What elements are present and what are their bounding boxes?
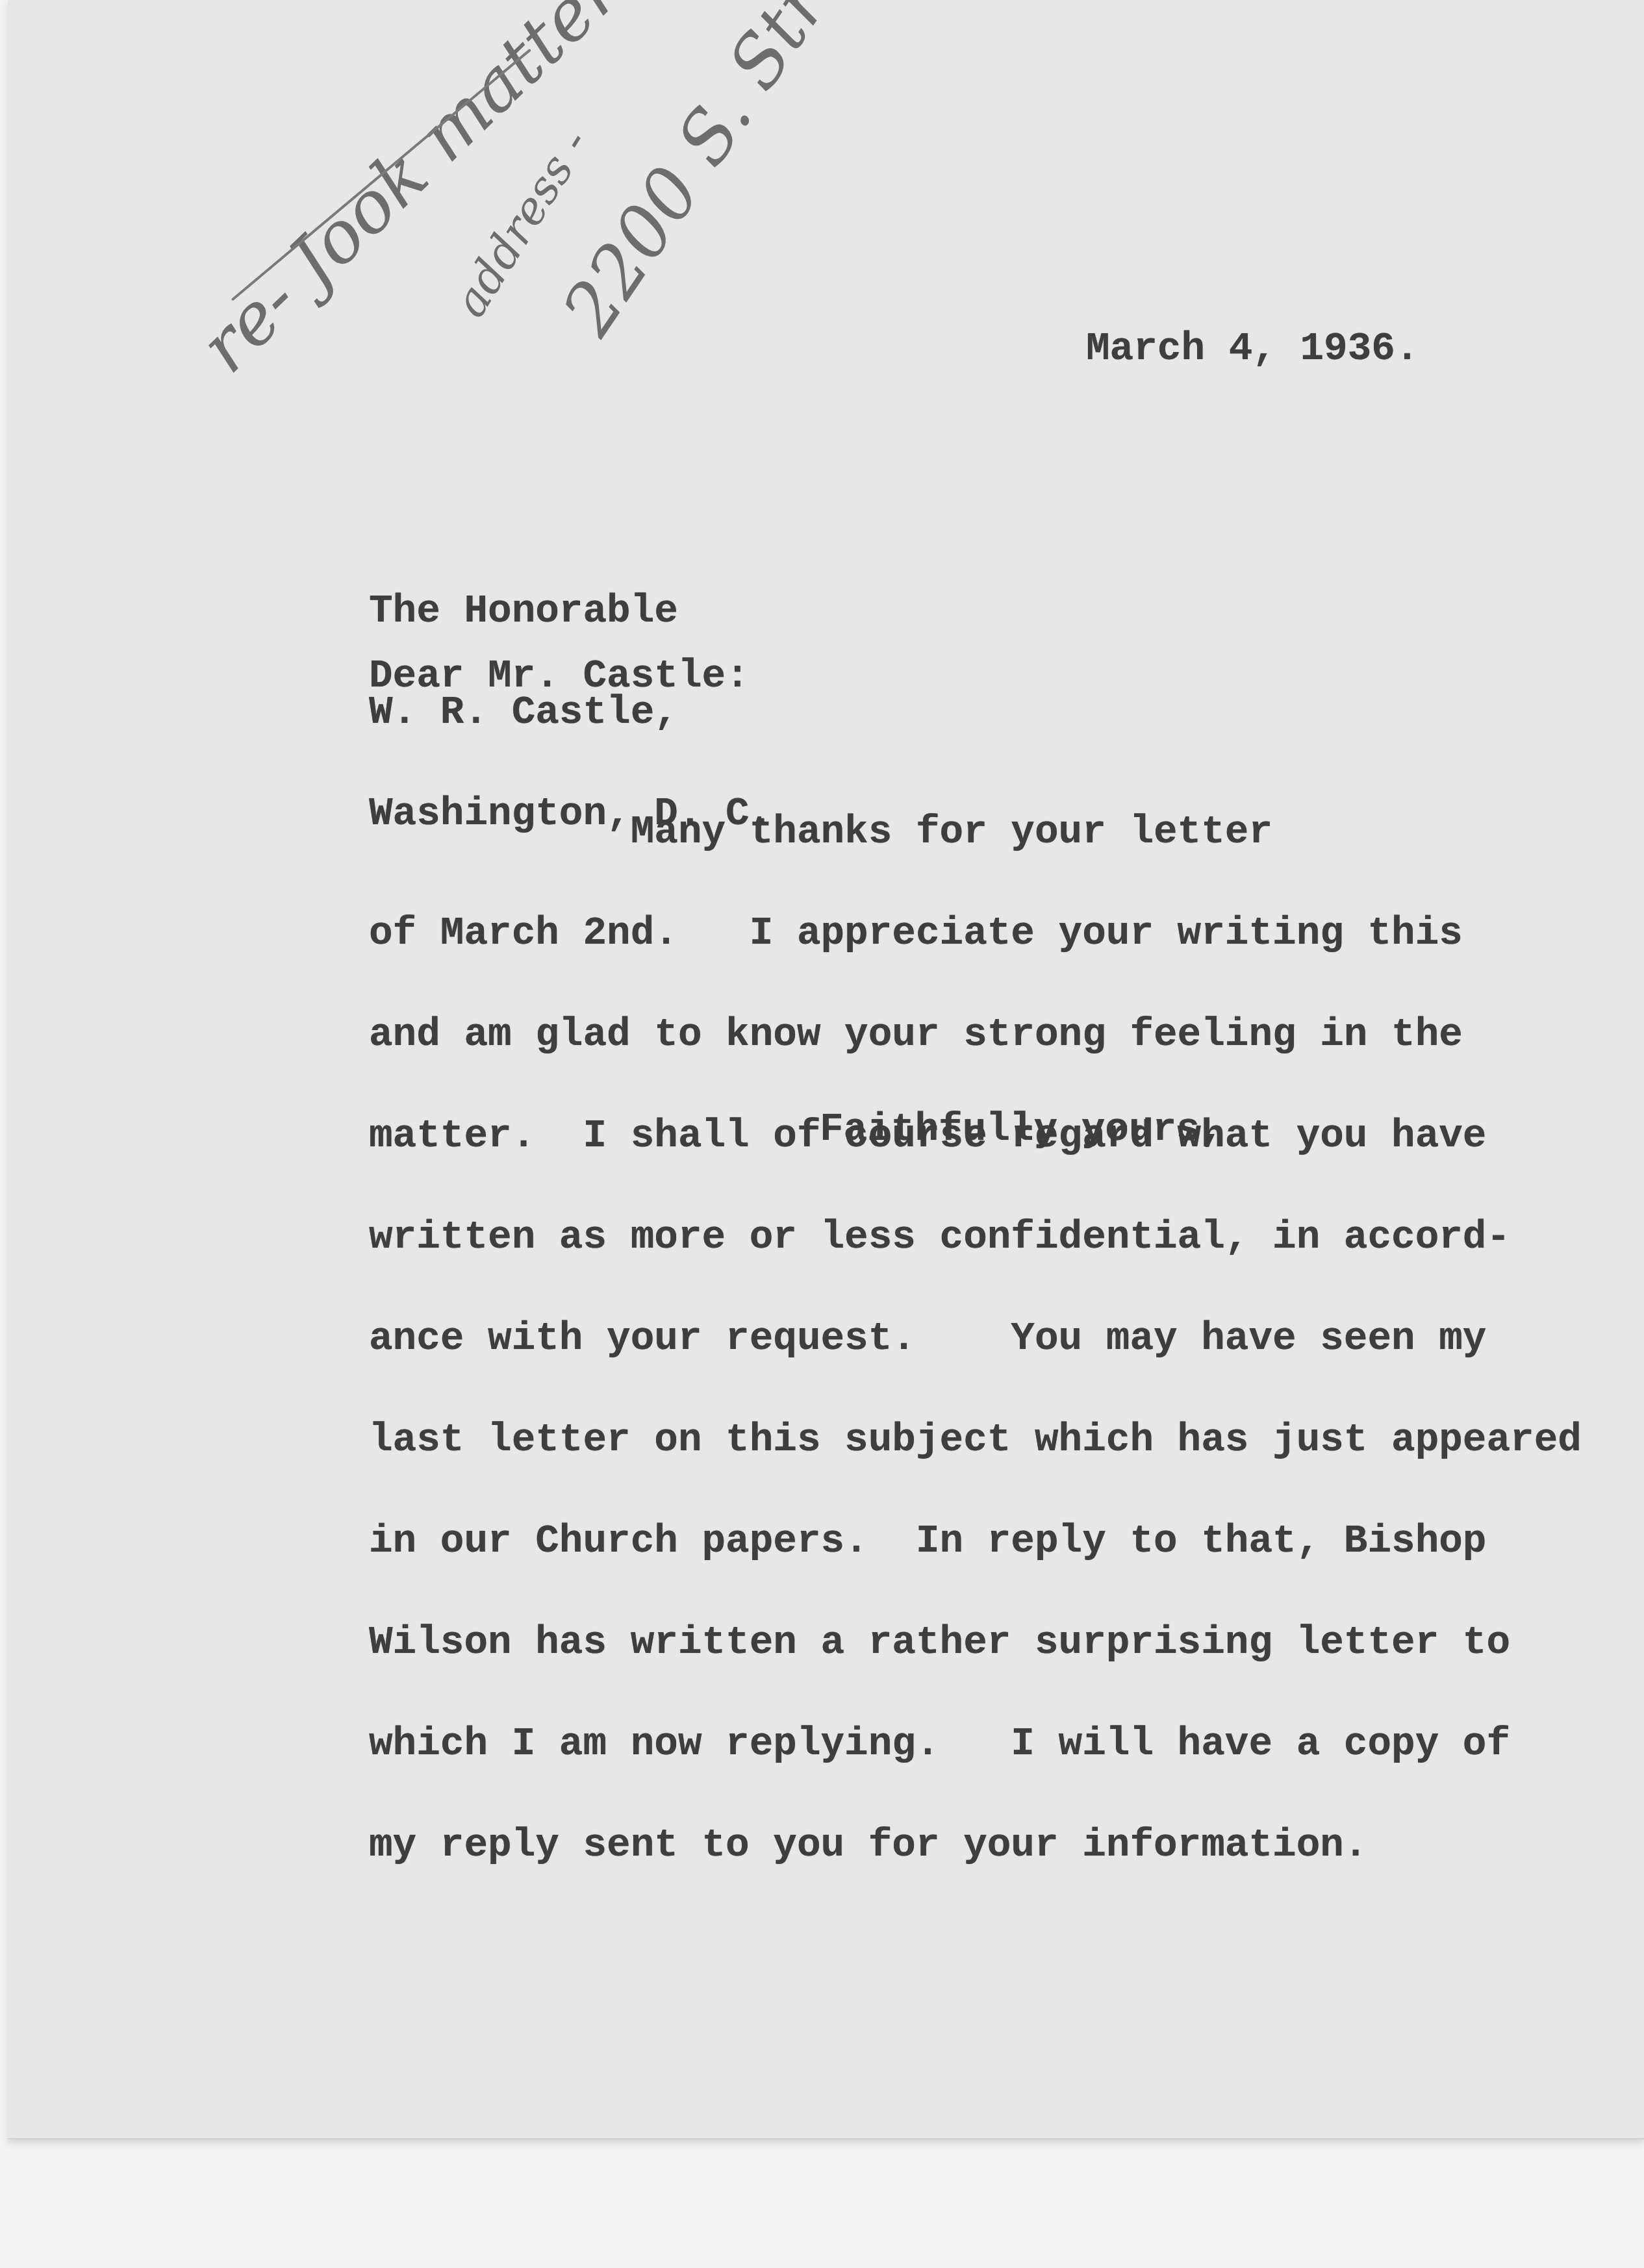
letter-page: re- Jook matter address - 2200 S. Street…: [8, 0, 1644, 2139]
salutation: Dear Mr. Castle:: [369, 660, 750, 694]
letter-body: Many thanks for your letter of March 2nd…: [369, 748, 1582, 1930]
body-line: written as more or less confidential, in…: [369, 1221, 1582, 1255]
body-line: of March 2nd. I appreciate your writing …: [369, 917, 1582, 951]
body-line: ance with your request. You may have see…: [369, 1322, 1582, 1356]
body-line: and am glad to know your strong feeling …: [369, 1018, 1582, 1052]
closing: Faithfully yours,: [820, 1113, 1224, 1147]
body-line: Wilson has written a rather surprising l…: [369, 1626, 1582, 1660]
body-line: my reply sent to you for your informatio…: [369, 1829, 1582, 1863]
recipient-line: The Honorable: [369, 595, 773, 629]
body-line: in our Church papers. In reply to that, …: [369, 1525, 1582, 1559]
body-line: which I am now replying. I will have a c…: [369, 1728, 1582, 1761]
letter-date: March 4, 1936.: [1086, 333, 1419, 366]
body-line: Many thanks for your letter: [369, 816, 1582, 850]
body-line: last letter on this subject which has ju…: [369, 1424, 1582, 1457]
handwritten-address: 2200 S. Street N.W.: [546, 0, 1011, 349]
recipient-line: W. R. Castle,: [369, 696, 773, 730]
